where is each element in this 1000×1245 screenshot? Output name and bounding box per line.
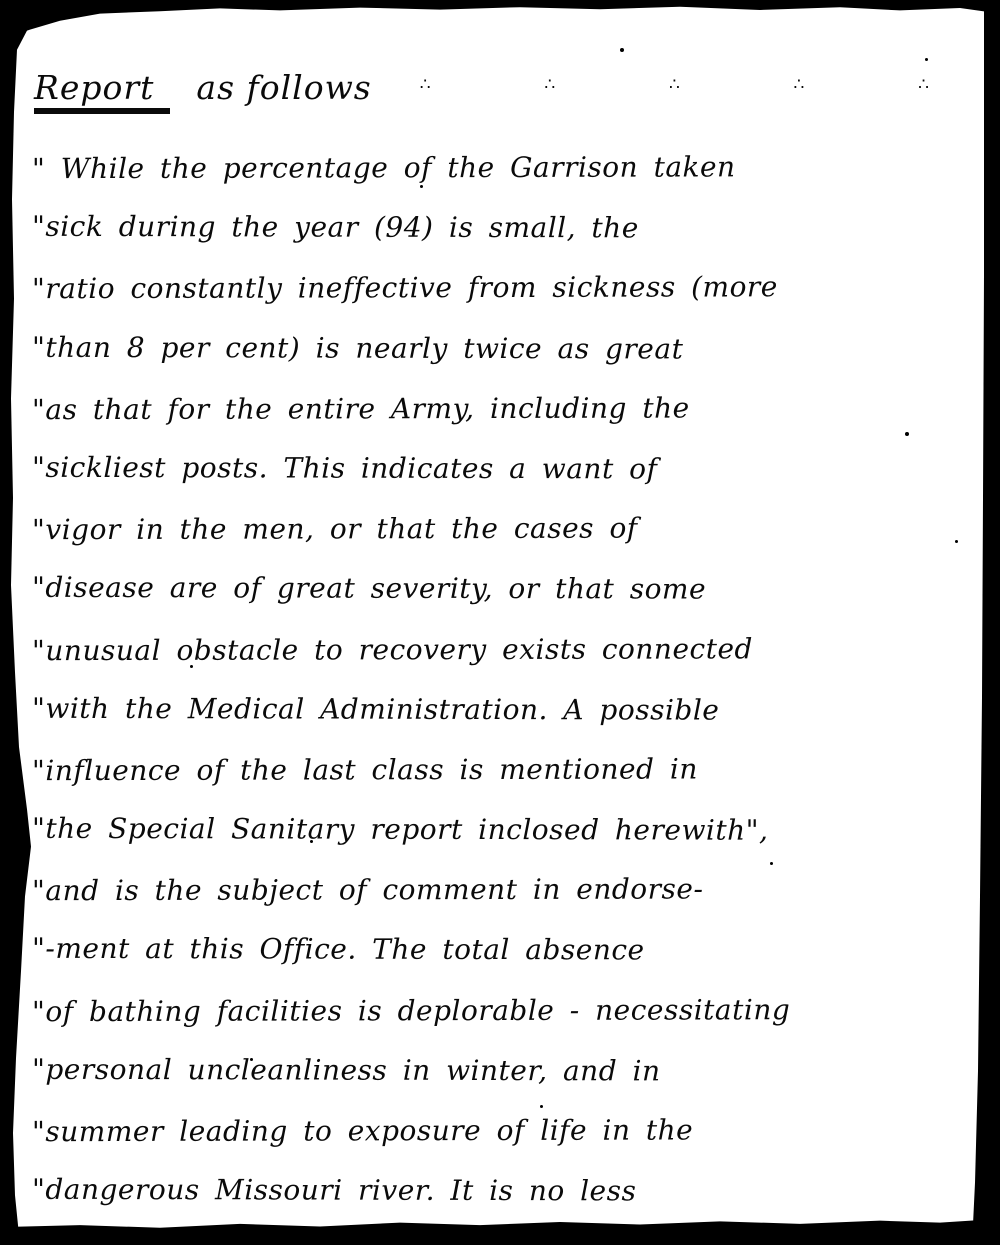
ditto-mark: ∴ — [794, 75, 806, 95]
manuscript-line: "ratio constantly ineffective from sickn… — [32, 257, 944, 320]
manuscript-line: "of bathing facilities is deplorable - n… — [32, 979, 944, 1042]
manuscript-line: "and is the subject of comment in endors… — [32, 859, 944, 922]
manuscript-line: "summer leading to exposure of life in t… — [32, 1100, 944, 1163]
report-heading: Report as follows ∴ ∴ ∴ ∴ ∴ — [34, 68, 930, 114]
manuscript-line: "than 8 per cent) is nearly twice as gre… — [32, 317, 944, 380]
scan-edge-right — [970, 0, 1000, 1245]
manuscript-line: "vigor in the men, or that the cases of — [32, 498, 944, 561]
heading-underlined-word: Report — [34, 68, 170, 114]
manuscript-line: "unusual obstacle to recovery exists con… — [32, 618, 944, 681]
ditto-mark: ∴ — [918, 75, 930, 95]
manuscript-line: "with the Medical Administration. A poss… — [32, 678, 944, 741]
ditto-mark: ∴ — [669, 75, 681, 95]
manuscript-line: "the Special Sanitary report inclosed he… — [32, 799, 944, 862]
manuscript-line: "disease are of great severity, or that … — [32, 558, 944, 621]
manuscript-line: "influence of the last class is mentione… — [32, 739, 944, 802]
manuscript-page: Report as follows ∴ ∴ ∴ ∴ ∴ " While the … — [0, 0, 1000, 1245]
handwritten-text-block: " While the percentage of the Garrison t… — [32, 138, 944, 1221]
ditto-marks-row: ∴ ∴ ∴ ∴ ∴ — [420, 81, 930, 101]
manuscript-line: "personal uncleanliness in winter, and i… — [32, 1040, 944, 1103]
scan-noise-speck — [620, 48, 624, 52]
manuscript-line: "as that for the entire Army, including … — [32, 378, 944, 441]
scan-noise-speck — [955, 540, 958, 543]
heading-rest: as follows — [196, 68, 371, 107]
ditto-mark: ∴ — [544, 75, 556, 95]
manuscript-line: " While the percentage of the Garrison t… — [32, 137, 944, 200]
manuscript-line: "sick during the year (94) is small, the — [32, 197, 944, 260]
scan-noise-speck — [925, 58, 928, 61]
scan-edge-top — [0, 0, 1000, 40]
ditto-mark: ∴ — [420, 75, 432, 95]
manuscript-line: "-ment at this Office. The total absence — [32, 919, 944, 982]
manuscript-line: "dangerous Missouri river. It is no less — [32, 1160, 944, 1223]
manuscript-line: "sickliest posts. This indicates a want … — [32, 438, 944, 501]
